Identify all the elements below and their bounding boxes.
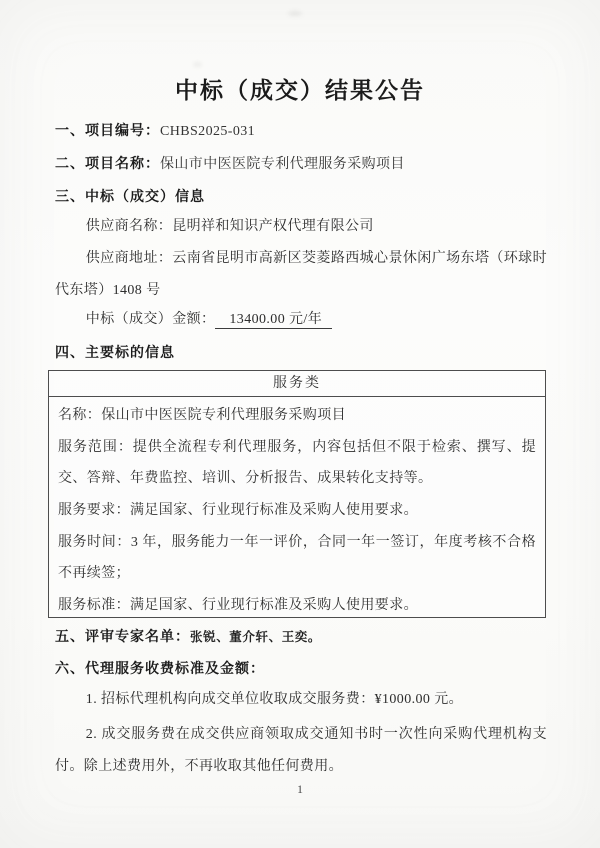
award-amount-value: 13400.00 元/年: [215, 312, 332, 329]
expert-list-line: 五、评审专家名单：张锐、董介轩、王奕。: [55, 627, 547, 648]
table-row-service-scope: 服务范围：提供全流程专利代理服务，内容包括但不限于检索、撰写、提交、答辩、年费监…: [58, 432, 536, 494]
page-number: 1: [0, 782, 600, 797]
supplier-address-label: 供应商地址：: [86, 251, 172, 266]
project-number-value: CHBS2025-031: [160, 124, 255, 139]
supplier-name-label: 供应商名称：: [86, 219, 172, 234]
page-title: 中标（成交）结果公告: [0, 72, 600, 105]
project-name-line: 二、项目名称：保山市中医医院专利代理服务采购项目: [55, 154, 547, 175]
expert-list-value: 张锐、董介轩、王奕。: [190, 629, 321, 644]
project-number-label: 一、项目编号：: [55, 123, 160, 139]
scan-smudge: [193, 62, 202, 67]
table-body: 名称：保山市中医医院专利代理服务采购项目 服务范围：提供全流程专利代理服务，内容…: [49, 397, 545, 621]
subject-info-table: 服务类 名称：保山市中医医院专利代理服务采购项目 服务范围：提供全流程专利代理服…: [48, 370, 546, 618]
table-row-service-requirement: 服务要求：满足国家、行业现行标准及采购人使用要求。: [58, 495, 536, 526]
award-amount-label: 中标（成交）金额：: [86, 312, 216, 327]
project-number-line: 一、项目编号：CHBS2025-031: [55, 121, 547, 142]
supplier-name-line: 供应商名称：昆明祥和知识产权代理有限公司: [55, 211, 547, 243]
section-heading-subject-info: 四、主要标的信息: [55, 343, 547, 363]
section-heading-bid-info: 三、中标（成交）信息: [55, 187, 547, 207]
section-heading-agency-fee: 六、代理服务收费标准及金额：: [55, 659, 547, 679]
supplier-name-value: 昆明祥和知识产权代理有限公司: [172, 219, 374, 234]
agency-fee-item-1: 1. 招标代理机构向成交单位收取成交服务费：¥1000.00 元。: [55, 684, 547, 716]
award-amount-line: 中标（成交）金额：13400.00 元/年: [55, 304, 547, 336]
table-row-name: 名称：保山市中医医院专利代理服务采购项目: [58, 400, 536, 431]
supplier-address-line: 供应商地址：云南省昆明市高新区茭菱路西城心景休闲广场东塔（环球时代东塔）1408…: [55, 243, 547, 307]
table-header-service-category: 服务类: [49, 371, 545, 397]
table-row-service-standard: 服务标准：满足国家、行业现行标准及采购人使用要求。: [58, 590, 536, 621]
scan-smudge: [288, 11, 302, 16]
project-name-value: 保山市中医医院专利代理服务采购项目: [160, 157, 405, 172]
project-name-label: 二、项目名称：: [55, 156, 160, 172]
agency-fee-item-2: 2. 成交服务费在成交供应商领取成交通知书时一次性向采购代理机构支付。除上述费用…: [55, 719, 547, 783]
expert-list-label: 五、评审专家名单：: [55, 629, 190, 645]
table-row-service-period: 服务时间：3 年，服务能力一年一评价，合同一年一签订，年度考核不合格不再续签；: [58, 527, 536, 589]
document-page: 中标（成交）结果公告 一、项目编号：CHBS2025-031 二、项目名称：保山…: [0, 0, 600, 848]
